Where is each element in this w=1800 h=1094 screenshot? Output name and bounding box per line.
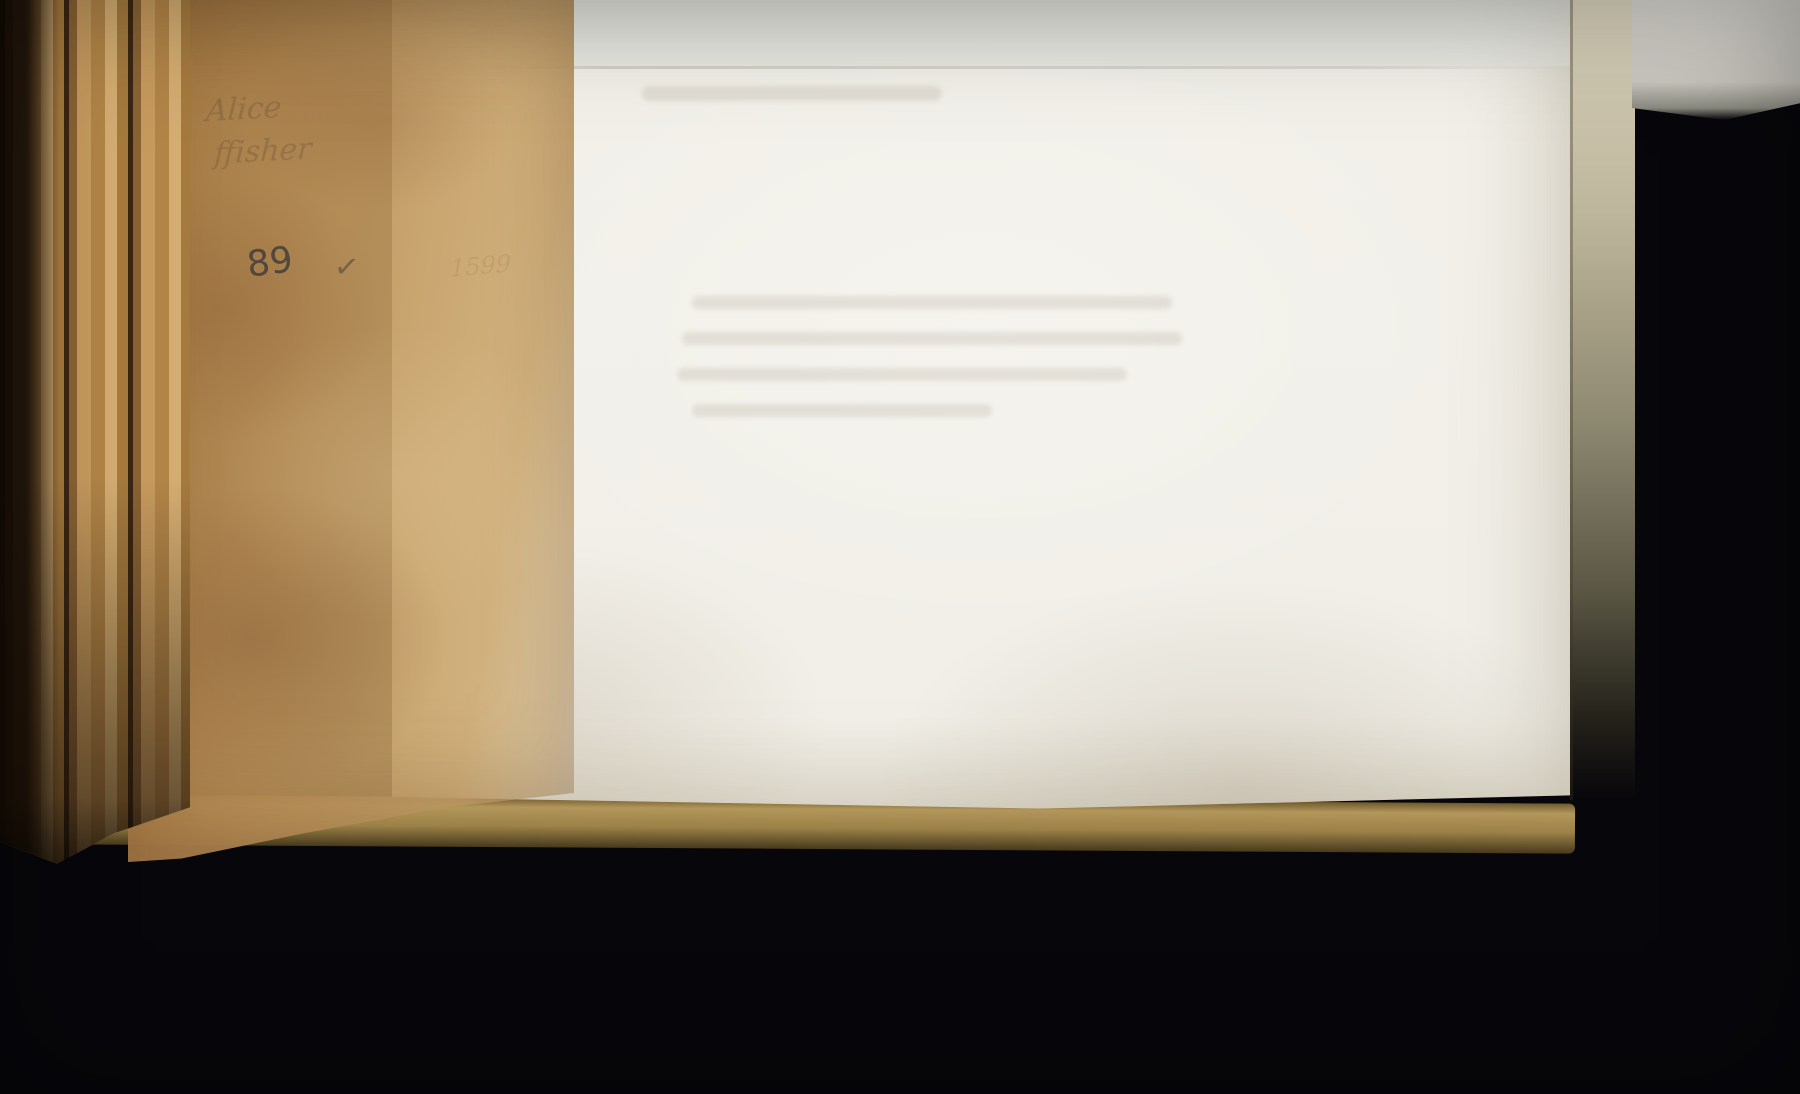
show-through-mark: [677, 368, 1127, 381]
show-through-mark: [692, 296, 1172, 309]
page-fore-edge: [0, 0, 190, 868]
right-page-edge: [1570, 0, 1635, 800]
pencil-folio-number: 89: [245, 239, 295, 285]
overlay-leaf: [128, 0, 574, 862]
top-right-page-corner: [1632, 0, 1800, 120]
show-through-mark: [682, 332, 1182, 345]
margin-name-note-line2: ffisher: [213, 131, 312, 171]
manuscript-book-photo: …at in forma iuris iurat saluo iure cuiu…: [0, 0, 1800, 1094]
show-through-mark: [642, 86, 942, 101]
margin-name-note-line1: Alice: [205, 90, 282, 129]
show-through-mark: [692, 404, 992, 417]
checkmark: ✓: [332, 249, 361, 286]
